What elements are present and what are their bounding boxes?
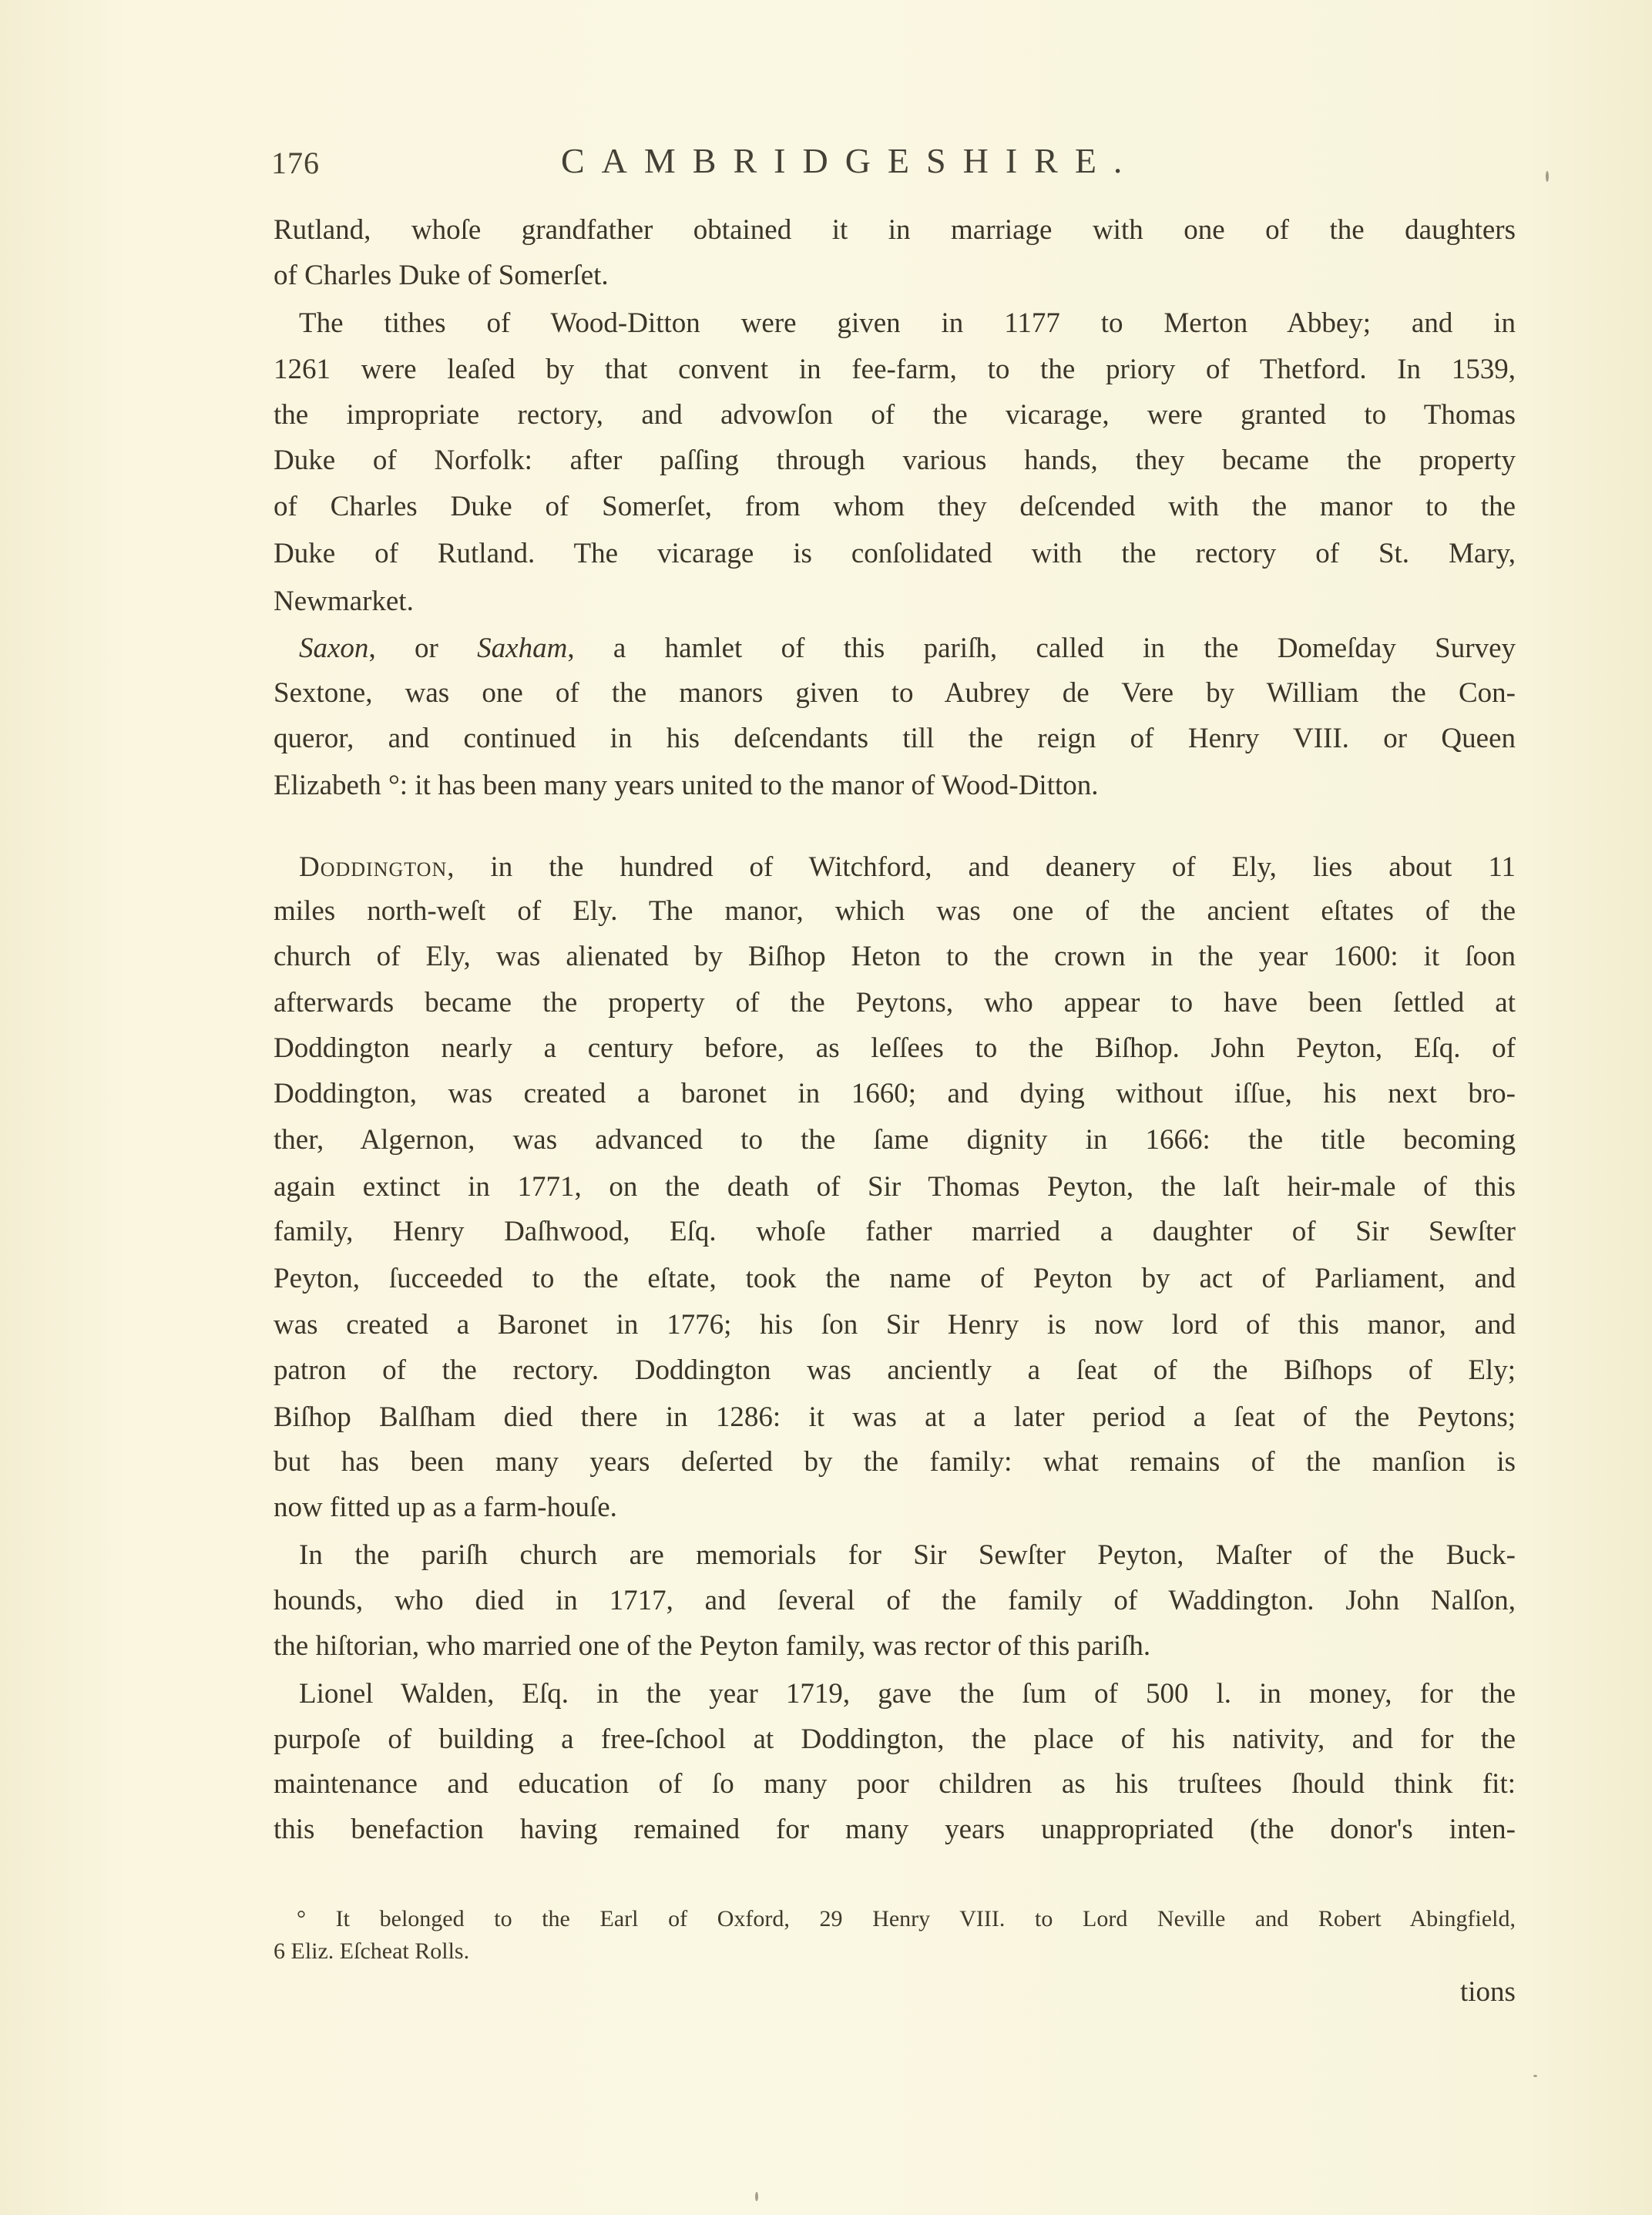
text-line: Peyton, ſucceeded to the eſtate, took th… (274, 1259, 1516, 1299)
italic-place-name: Saxham (477, 633, 567, 664)
text-line: this benefaction having remained for man… (274, 1810, 1516, 1850)
paragraph-start-line: In the pariſh church are memorials for S… (299, 1535, 1516, 1576)
text-line: the impropriate rectory, and advowſon of… (274, 395, 1516, 435)
text-line: Newmarket. (274, 582, 1516, 622)
text-line: Doddington, was created a baronet in 166… (274, 1074, 1516, 1114)
paper-speck (1533, 2075, 1537, 2077)
text-line: patron of the rectory. Doddington was an… (274, 1351, 1516, 1391)
text-line: family, Henry Daſhwood, Eſq. whoſe fathe… (274, 1212, 1516, 1252)
paragraph-start-line: Doddington, in the hundred of Witchford,… (299, 847, 1516, 888)
text-line: hounds, who died in 1717, and ſeveral of… (274, 1581, 1516, 1621)
text-line: queror, and continued in his deſcendants… (274, 719, 1516, 759)
text-line: Biſhop Balſham died there in 1286: it wa… (274, 1398, 1516, 1438)
text-line: 1261 were leaſed by that convent in fee-… (274, 350, 1516, 390)
text-line: purpoſe of building a free-ſchool at Dod… (274, 1720, 1516, 1760)
place-name-smallcaps: Doddington (299, 851, 447, 883)
text-line: of Charles Duke of Somerſet. (274, 256, 1516, 296)
text-line: church of Ely, was alienated by Biſhop H… (274, 937, 1516, 977)
text-line: maintenance and education of ſo many poo… (274, 1764, 1516, 1804)
text-fragment: , a hamlet of this pariſh, called in the… (567, 633, 1516, 664)
italic-place-name: Saxon (299, 633, 368, 664)
text-fragment: , or (368, 633, 477, 664)
text-line: Duke of Rutland. The vicarage is conſoli… (274, 534, 1516, 574)
catchword: tions (1460, 1974, 1516, 2011)
paragraph-start-line: Lionel Walden, Eſq. in the year 1719, ga… (299, 1674, 1516, 1714)
text-line: afterwards became the property of the Pe… (274, 983, 1516, 1023)
book-page: 176 CAMBRIDGESHIRE. Rutland, whoſe grand… (0, 0, 1652, 2215)
footnote-marker: ° (297, 1906, 306, 1931)
text-line: Sextone, was one of the manors given to … (274, 673, 1516, 713)
text-line: ther, Algernon, was advanced to the ſame… (274, 1120, 1516, 1160)
text-line: but has been many years deſerted by the … (274, 1442, 1516, 1482)
text-line: of Charles Duke of Somerſet, from whom t… (274, 487, 1516, 527)
footnote-line: ° It belonged to the Earl of Oxford, 29 … (297, 1904, 1516, 1935)
text-line: the hiſtorian, who married one of the Pe… (274, 1626, 1516, 1666)
footnote-line: 6 Eliz. Eſcheat Rolls. (274, 1936, 1516, 1967)
paragraph-start-line: Saxon, or Saxham, a hamlet of this pariſ… (299, 629, 1516, 669)
text-line: Rutland, whoſe grandfather obtained it i… (274, 210, 1516, 250)
text-line: again extinct in 1771, on the death of S… (274, 1167, 1516, 1207)
paper-speck (755, 2192, 758, 2201)
page-number: 176 (271, 145, 320, 181)
footnote-text: It belonged to the Earl of Oxford, 29 He… (336, 1906, 1516, 1931)
paragraph-start-line: The tithes of Wood-Ditton were given in … (299, 304, 1516, 344)
text-line: now fitted up as a farm-houſe. (274, 1488, 1516, 1528)
text-line: Elizabeth °: it has been many years unit… (274, 766, 1516, 806)
text-fragment: , in the hundred of Witchford, and deane… (447, 851, 1516, 883)
text-line: was created a Baronet in 1776; his ſon S… (274, 1305, 1516, 1345)
text-line: Duke of Norfolk: after paſſing through v… (274, 441, 1516, 481)
text-line: miles north-weſt of Ely. The manor, whic… (274, 891, 1516, 931)
text-line: Doddington nearly a century before, as l… (274, 1029, 1516, 1069)
paper-speck (1546, 171, 1549, 182)
running-title: CAMBRIDGESHIRE. (561, 140, 1139, 181)
